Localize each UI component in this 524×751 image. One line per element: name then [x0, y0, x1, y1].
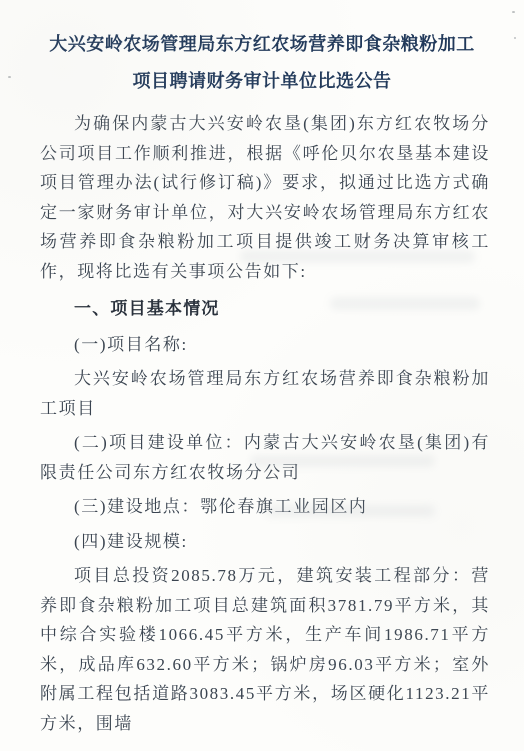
paragraph-intro: 为确保内蒙古大兴安岭农垦(集团)东方红农牧场分公司项目工作顺利推进，根据《呼伦贝…: [40, 109, 490, 286]
paragraph-construction-site: (三)建设地点：鄂伦春旗工业园区内: [40, 492, 490, 522]
paragraph-construction-unit: (二)项目建设单位：内蒙古大兴安岭农垦(集团)有限责任公司东方红农牧场分公司: [40, 428, 490, 487]
paragraph-project-name-label: (一)项目名称:: [40, 330, 490, 360]
document-title-line-2: 项目聘请财务审计单位比选公告: [0, 63, 524, 100]
scan-artifact: [8, 76, 11, 78]
paragraph-construction-scale: 项目总投资2085.78万元，建筑安装工程部分：营养即食杂粮粉加工项目总建筑面积…: [40, 561, 490, 738]
paragraph-construction-scale-label: (四)建设规模:: [40, 527, 490, 557]
document-title-line-1: 大兴安岭农场管理局东方红农场营养即食杂粮粉加工: [0, 26, 524, 63]
scan-artifact: [512, 11, 515, 13]
section-heading-basic-info: 一、项目基本情况: [40, 294, 490, 324]
scan-artifact: [514, 37, 516, 39]
paragraph-project-name: 大兴安岭农场管理局东方红农场营养即食杂粮粉加工项目: [40, 364, 490, 423]
document-title: 大兴安岭农场管理局东方红农场营养即食杂粮粉加工 项目聘请财务审计单位比选公告: [0, 0, 524, 100]
document-body: 为确保内蒙古大兴安岭农垦(集团)东方红农牧场分公司项目工作顺利推进，根据《呼伦贝…: [0, 109, 524, 738]
scanned-document-page: 大兴安岭农场管理局东方红农场营养即食杂粮粉加工 项目聘请财务审计单位比选公告 为…: [0, 0, 524, 751]
